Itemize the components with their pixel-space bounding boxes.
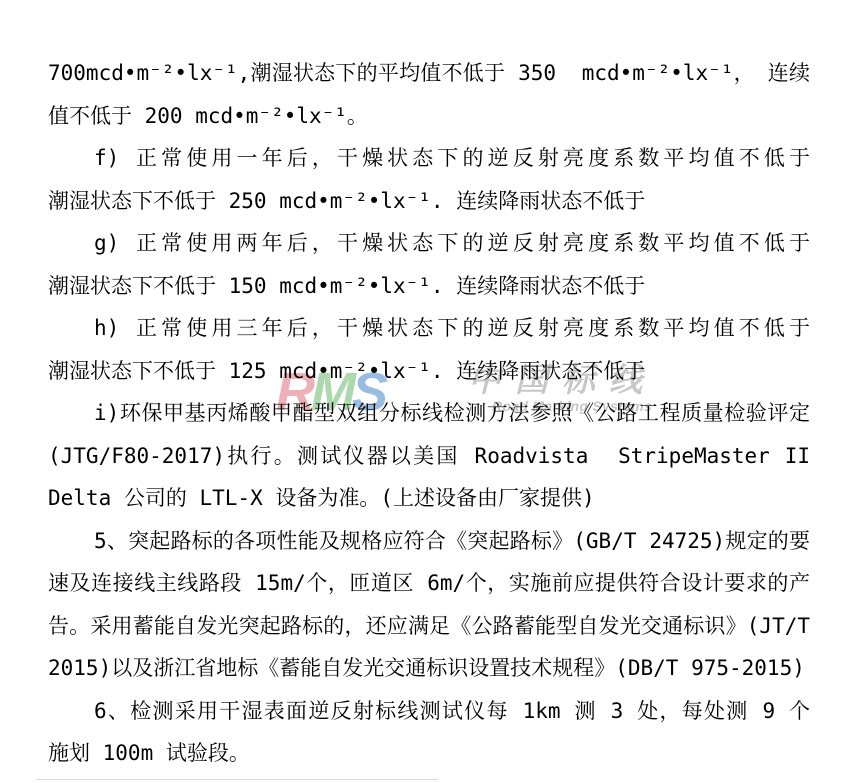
document-body: 700mcd•m⁻²•lx⁻¹,潮湿状态下的平均值不低于 350 mcd•m⁻²…: [48, 52, 810, 775]
text-line: 施划 100m 试验段。: [48, 732, 810, 775]
text-line: 潮湿状态下不低于 125 mcd•m⁻²•lx⁻¹. 连续降雨状态不低于 80m…: [48, 350, 810, 393]
text-line: g) 正常使用两年后，干燥状态下的逆反射亮度系数平均值不低于 450mcd•m⁻…: [48, 222, 810, 265]
text-line: 5、突起路标的各项性能及规格应符合《突起路标》(GB/T 24725)规定的要求…: [48, 520, 810, 563]
text-line: 告。采用蓄能自发光突起路标的，还应满足《公路蓄能型自发光交通标识》(JT/T 9…: [48, 605, 810, 648]
text-line: i)环保甲基丙烯酸甲酯型双组分标线检测方法参照《公路工程质量检验评定标准》: [48, 392, 810, 435]
text-line: 6、检测采用干湿表面逆反射标线测试仪每 1km 测 3 处，每处测 9 个点，实…: [48, 690, 810, 733]
text-line: 2015)以及浙江省地标《蓄能自发光交通标识设置技术规程》(DB/T 975-2…: [48, 647, 810, 690]
document-page: RMS 中国标线 Road Marking Systems 700mcd•m⁻²…: [0, 0, 858, 783]
page-bottom-rule: [36, 779, 438, 780]
text-line: f) 正常使用一年后，干燥状态下的逆反射亮度系数平均值不低于 550mcd•m⁻…: [48, 137, 810, 180]
text-line: 速及连接线主线路段 15m/个，匝道区 6m/个，实施前应提供符合设计要求的产品…: [48, 562, 810, 605]
text-line: 值不低于 200 mcd•m⁻²•lx⁻¹。: [48, 95, 810, 138]
text-line: 700mcd•m⁻²•lx⁻¹,潮湿状态下的平均值不低于 350 mcd•m⁻²…: [48, 52, 810, 95]
text-line: h) 正常使用三年后，干燥状态下的逆反射亮度系数平均值不低于 350mcd•m⁻…: [48, 307, 810, 350]
text-line: 潮湿状态下不低于 150 mcd•m⁻²•lx⁻¹. 连续降雨状态不低于 100…: [48, 265, 810, 308]
text-line: 潮湿状态下不低于 250 mcd•m⁻²•lx⁻¹. 连续降雨状态不低于 125…: [48, 180, 810, 223]
text-line: Delta 公司的 LTL-X 设备为准。(上述设备由厂家提供): [48, 477, 810, 520]
text-line: (JTG/F80-2017)执行。测试仪器以美国 Roadvista Strip…: [48, 435, 810, 478]
